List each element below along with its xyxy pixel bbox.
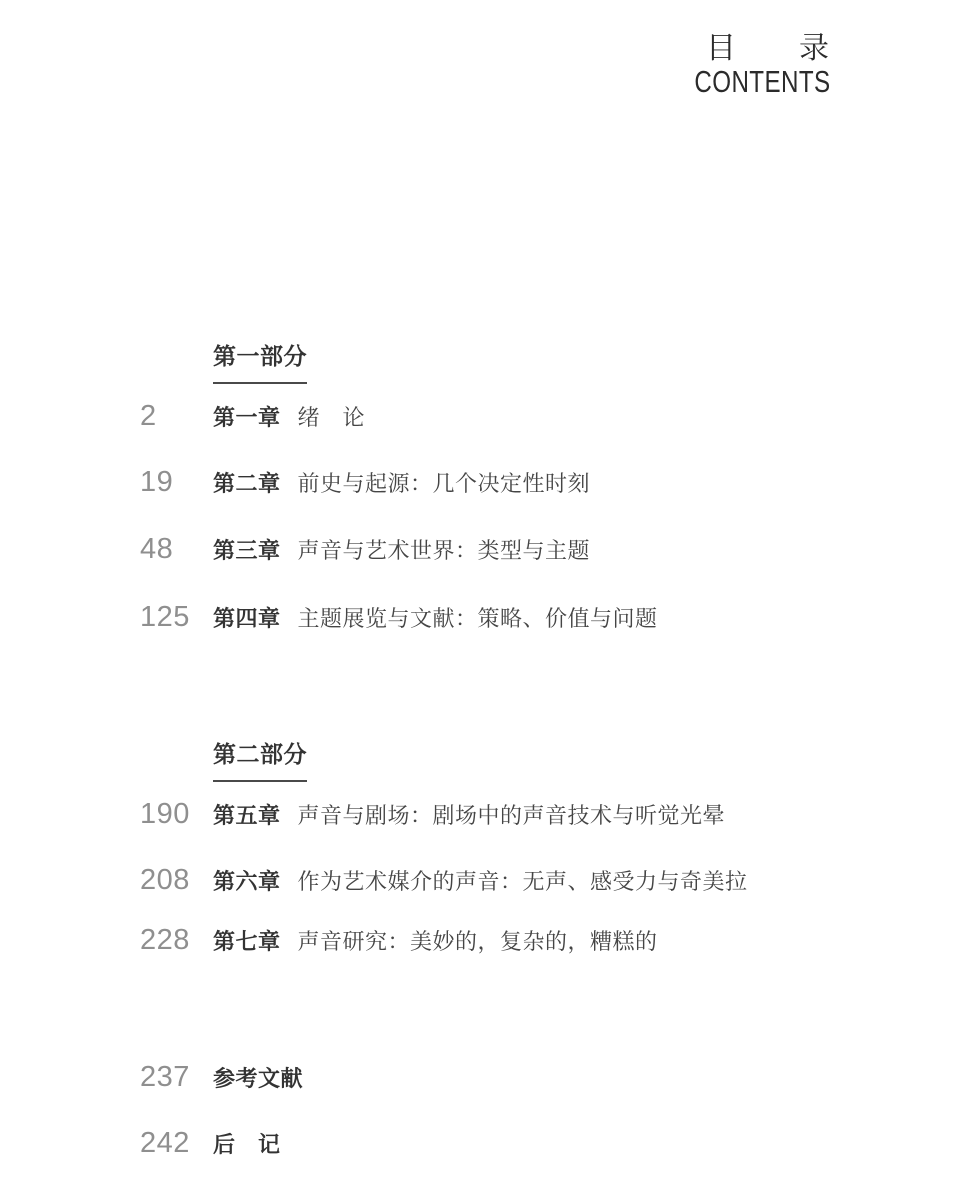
toc-entry-chapter2: 19 第二章 前史与起源：几个决定性时刻 bbox=[140, 466, 932, 499]
page-number: 48 bbox=[140, 533, 213, 566]
page-number: 190 bbox=[140, 798, 213, 831]
chapter-label: 第六章 bbox=[213, 865, 281, 896]
toc-entry-postscript: 242 后 记 bbox=[140, 1127, 932, 1160]
chapter-label: 第一章 bbox=[213, 401, 281, 432]
toc-entry-chapter1: 2 第一章 绪 论 bbox=[140, 400, 932, 433]
chapter-label: 第七章 bbox=[213, 925, 281, 956]
chapter-label: 第五章 bbox=[213, 799, 281, 830]
toc-entry-chapter3: 48 第三章 声音与艺术世界：类型与主题 bbox=[140, 533, 932, 566]
chapter-label: 第三章 bbox=[213, 534, 281, 565]
back-matter-label: 参考文献 bbox=[213, 1062, 303, 1093]
section-heading-part2: 第二部分 bbox=[213, 736, 307, 782]
section-heading-label: 第二部分 bbox=[213, 736, 307, 782]
toc-entry-chapter4: 125 第四章 主题展览与文献：策略、价值与问题 bbox=[140, 601, 932, 634]
page-title-english: CONTENTS bbox=[694, 67, 830, 97]
chapter-label: 第二章 bbox=[213, 467, 281, 498]
chapter-title: 声音与剧场：剧场中的声音技术与听觉光晕 bbox=[298, 799, 726, 830]
page-title-chinese: 目 录 bbox=[656, 31, 831, 67]
toc-entry-chapter7: 228 第七章 声音研究：美妙的，复杂的，糟糕的 bbox=[140, 924, 932, 957]
back-matter-label: 后 记 bbox=[213, 1128, 281, 1159]
toc-entry-chapter5: 190 第五章 声音与剧场：剧场中的声音技术与听觉光晕 bbox=[140, 798, 932, 831]
section-heading-part1: 第一部分 bbox=[213, 338, 307, 384]
chapter-title: 声音与艺术世界：类型与主题 bbox=[298, 534, 591, 565]
chapter-title: 声音研究：美妙的，复杂的，糟糕的 bbox=[298, 925, 658, 956]
chapter-title: 作为艺术媒介的声音：无声、感受力与奇美拉 bbox=[298, 865, 748, 896]
toc-entry-references: 237 参考文献 bbox=[140, 1061, 932, 1094]
chapter-title: 主题展览与文献：策略、价值与问题 bbox=[298, 602, 658, 633]
chapter-label: 第四章 bbox=[213, 602, 281, 633]
toc-page: 目 录 CONTENTS 第一部分 2 第一章 绪 论 19 第二章 前史与起源… bbox=[0, 0, 972, 1202]
toc-entry-chapter6: 208 第六章 作为艺术媒介的声音：无声、感受力与奇美拉 bbox=[140, 864, 932, 897]
page-number: 2 bbox=[140, 400, 213, 433]
chapter-title: 绪 论 bbox=[298, 401, 366, 432]
chapter-title: 前史与起源：几个决定性时刻 bbox=[298, 467, 591, 498]
page-number: 19 bbox=[140, 466, 213, 499]
page-number: 208 bbox=[140, 864, 213, 897]
page-number: 237 bbox=[140, 1061, 213, 1094]
page-number: 125 bbox=[140, 601, 213, 634]
page-number: 228 bbox=[140, 924, 213, 957]
section-heading-label: 第一部分 bbox=[213, 338, 307, 384]
page-number: 242 bbox=[140, 1127, 213, 1160]
page-header: 目 录 CONTENTS bbox=[656, 31, 831, 97]
